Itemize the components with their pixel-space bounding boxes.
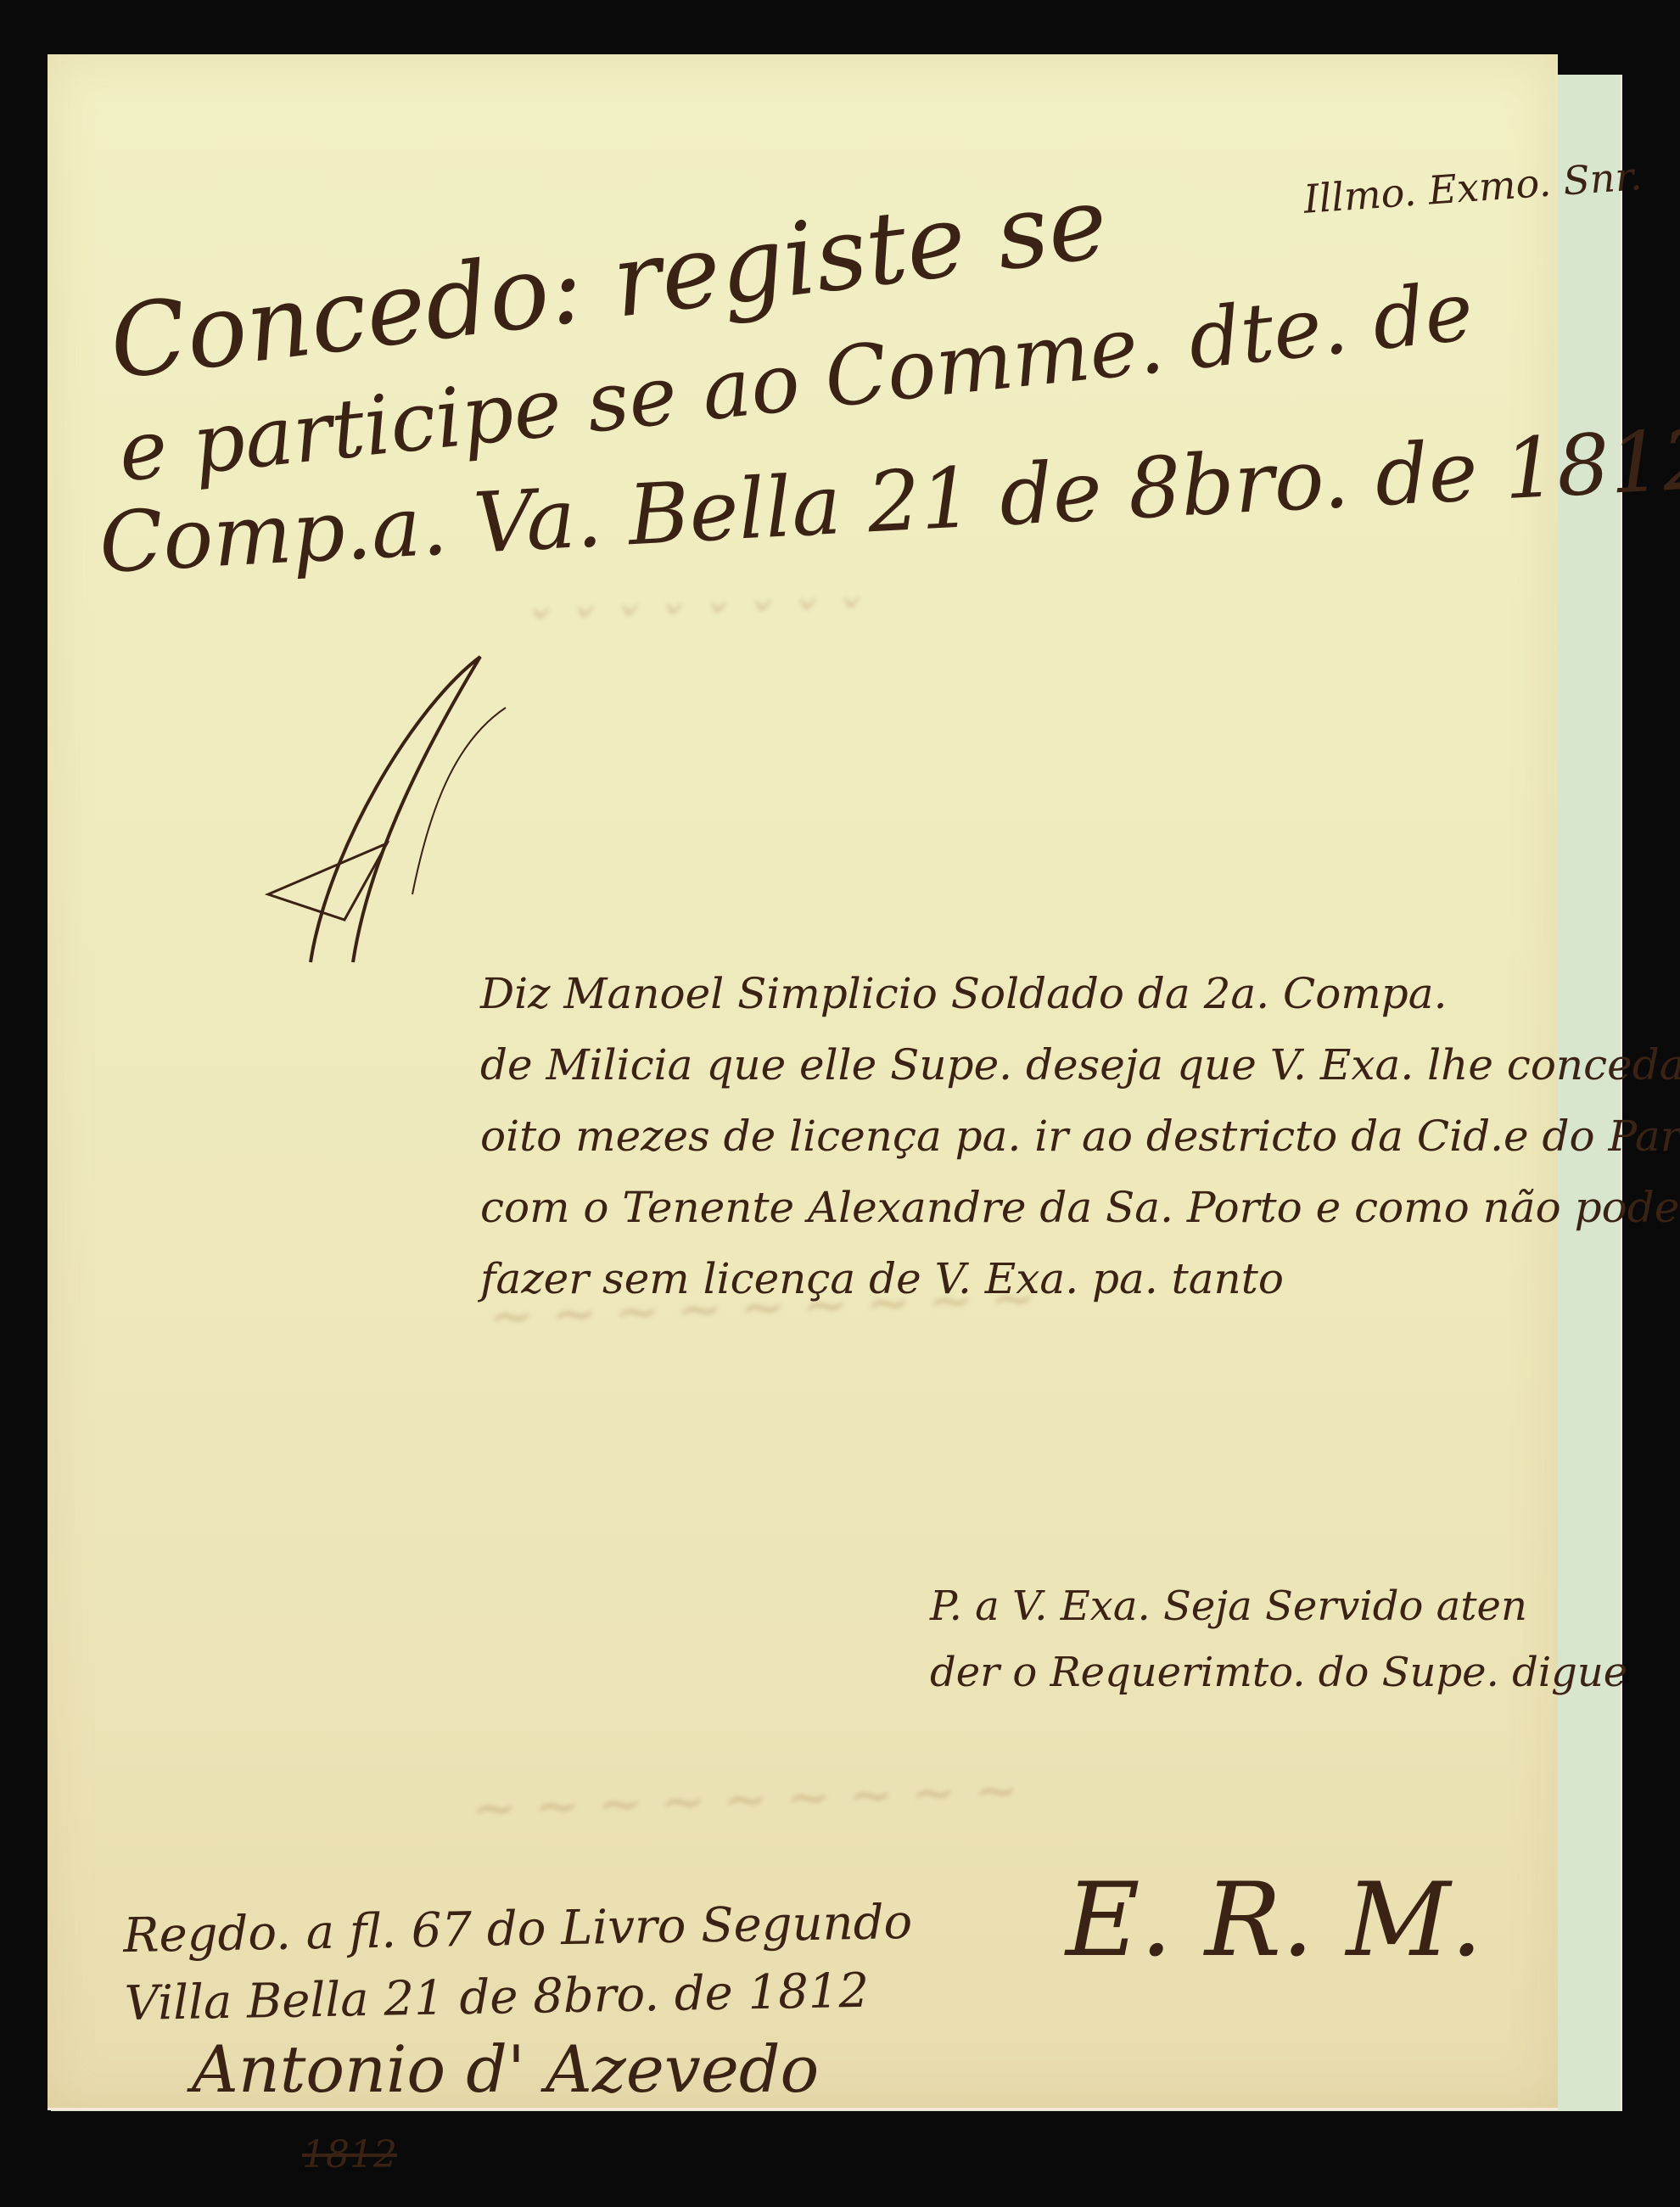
petition-body: Diz Manoel Simplicio Soldado da 2a. Comp…	[480, 958, 1680, 1314]
bleed-through-text: ~ ~ ~ ~ ~ ~ ~ ~ ~	[471, 1759, 1021, 1840]
petition-line: com o Tenente Alexandre da Sa. Porto e c…	[480, 1172, 1680, 1243]
reply-body: P. a V. Exa. Seja Servido aten der o Req…	[930, 1573, 1627, 1706]
signature-azevedo: Antonio d' Azevedo	[192, 2031, 819, 2107]
bleed-through-text: ˇ ˇ ˇ ˇ ˇ ˇ ˇ ˇ	[522, 591, 862, 666]
signature-right: E. R. M.	[1066, 1862, 1483, 1980]
manuscript-page: ˇ ˇ ˇ ˇ ˇ ˇ ˇ ˇ ~ ~ ~ ~ ~ ~ ~ ~ ~ ~ ~ ~ …	[48, 54, 1558, 2110]
petition-line: fazer sem licença de V. Exa. pa. tanto	[480, 1243, 1680, 1314]
struck-text: 1812	[302, 2133, 397, 2176]
petition-line: de Milicia que elle Supe. deseja que V. …	[480, 1029, 1680, 1101]
reply-line: der o Requerimto. do Supe. digue	[930, 1639, 1627, 1706]
registration-note: Regdo. a fl. 67 do Livro Segundo Villa B…	[123, 1889, 915, 2038]
rubric-flourish-icon	[260, 640, 514, 979]
petition-line: oito mezes de licença pa. ir ao destrict…	[480, 1101, 1680, 1172]
reply-line: P. a V. Exa. Seja Servido aten	[930, 1573, 1627, 1639]
petition-line: Diz Manoel Simplicio Soldado da 2a. Comp…	[480, 958, 1680, 1029]
registration-line: Villa Bella 21 de 8bro. de 1812	[124, 1957, 914, 2038]
